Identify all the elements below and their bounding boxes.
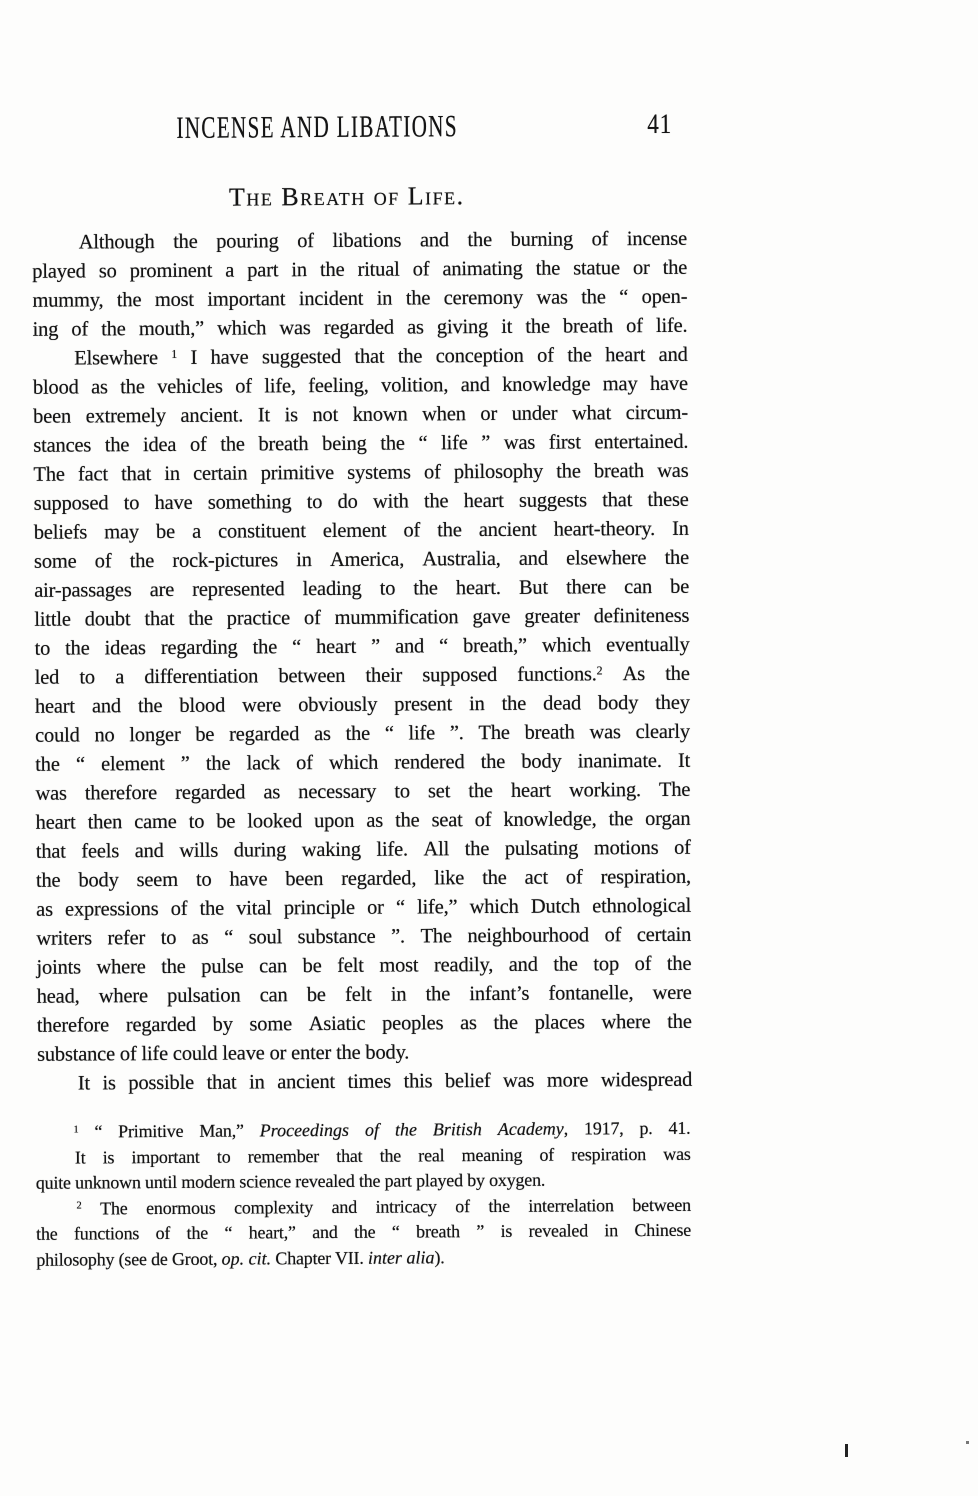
text-line: mummy,themostimportantincidentinthecerem… [32, 283, 687, 316]
text-line: Thefactthatincertainprimitivesystemsofph… [33, 457, 688, 490]
text-line: thefunctionsofthe“heart,”andthe“breath”i… [36, 1218, 691, 1248]
text-line: beliefsmaybeaconstituentelementoftheanci… [34, 515, 689, 548]
text-line: stancestheideaofthebreathbeingthe“life”w… [33, 428, 688, 461]
text-line: thebodyseemtohavebeenregarded,liketheact… [36, 863, 691, 896]
text-line: ledtoadifferentiationbetweentheirsuppose… [35, 660, 690, 693]
text-line: beenextremelyancient.Itisnotknownwhenoru… [33, 399, 688, 432]
page-content: INCENSE AND LIBATIONS 41 The Breath of L… [0, 0, 978, 1496]
text-line: asexpressionsofthevitalprincipleor“life,… [36, 892, 691, 925]
text-line: Itisimportanttorememberthattherealmeanin… [36, 1141, 691, 1171]
indent-spacer [35, 1120, 57, 1146]
page-number: 41 [647, 109, 672, 141]
indent-spacer [36, 1196, 58, 1222]
indent-spacer [37, 1070, 65, 1099]
text-line: Althoughthepouringoflibationsandtheburni… [32, 225, 687, 258]
indent-spacer [33, 345, 61, 374]
text-line: playedsoprominentapartintheritualofanima… [32, 254, 687, 287]
running-head-title: INCENSE AND LIBATIONS [176, 108, 458, 146]
text-line: supposedtohavesomethingtodowiththehearts… [34, 486, 689, 519]
text-line: air-passagesarerepresentedleadingtothehe… [34, 573, 689, 606]
text-line: Itispossiblethatinancienttimesthisbelief… [37, 1066, 692, 1099]
text-line: 2Theenormouscomplexityandintricacyofthei… [36, 1192, 691, 1222]
scan-artifact-mark [966, 1441, 969, 1444]
text-line: littledoubtthatthepracticeofmummificatio… [34, 602, 689, 635]
text-line: ingofthemouth,”whichwasregardedasgivingi… [33, 312, 688, 345]
text-line: quite unknown until modern science revea… [36, 1167, 691, 1197]
scan-artifact-mark [845, 1444, 848, 1457]
footnotes-block: 1“PrimitiveMan,”ProceedingsoftheBritishA… [35, 1116, 691, 1273]
text-line: heartandthebloodwereobviouslypresentinth… [35, 689, 690, 722]
text-line: heartthencametobelookeduponastheseatofkn… [36, 805, 691, 838]
text-line: substance of life could leave or enter t… [37, 1037, 692, 1070]
text-line: 1“PrimitiveMan,”ProceedingsoftheBritishA… [35, 1116, 690, 1146]
text-line: jointswherethepulsecanbefeltmostreadily,… [36, 950, 691, 983]
text-line: writersrefertoas“soulsubstance”.Theneigh… [36, 921, 691, 954]
text-line: couldnolongerberegardedasthe“life”.Thebr… [35, 718, 690, 751]
indent-spacer [36, 1145, 58, 1171]
text-line: the“element”thelackofwhichrenderedthebod… [35, 747, 690, 780]
text-line: wasthereforeregardedasnecessarytosettheh… [35, 776, 690, 809]
text-line: totheideasregardingthe“heart”and“breath,… [34, 631, 689, 664]
section-heading: The Breath of Life. [32, 180, 687, 214]
text-line: bloodasthevehiclesoflife,feeling,volitio… [33, 370, 688, 403]
text-line: Elsewhere1Ihavesuggestedthattheconceptio… [33, 341, 688, 374]
body-text-block: Althoughthepouringoflibationsandtheburni… [32, 225, 692, 1099]
text-line: head,wherepulsationcanbefeltintheinfant’… [37, 979, 692, 1012]
text-line: someoftherock-picturesinAmerica,Australi… [34, 544, 689, 577]
indent-spacer [32, 229, 60, 258]
text-line: thatfeelsandwillsduringwakinglife.Allthe… [36, 834, 691, 867]
book-page-scan: INCENSE AND LIBATIONS 41 The Breath of L… [0, 0, 978, 1496]
text-line: thereforeregardedbysomeAsiaticpeoplesast… [37, 1008, 692, 1041]
text-line: philosophy (see de Groot, op. cit. Chapt… [36, 1243, 691, 1273]
